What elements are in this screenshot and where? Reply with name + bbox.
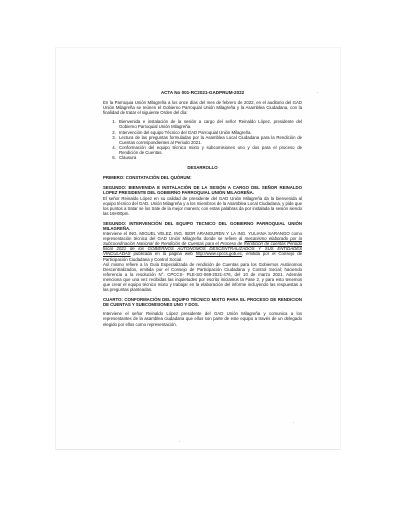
scan-speck: [179, 441, 180, 442]
segundo-bienvenida-heading: SEGUNDO: BIENVENIDA E INSTALACIÓN DE LA …: [103, 185, 302, 195]
agenda-item: Bienvenida e instalación de la sesión a …: [117, 119, 302, 129]
segundo-intervencion-body-2: Así mismo refiere a la Guía Especializad…: [103, 262, 302, 293]
scan-speck: [317, 92, 318, 93]
agenda-list: Bienvenida e instalación de la sesión a …: [103, 119, 302, 160]
agenda-item: Clausura: [117, 155, 302, 160]
primero-heading: PRIMERO: CONSTATACIÓN DEL QUÓRUM:: [103, 175, 302, 180]
intro-paragraph: En la Parroquia Unión Milagreña a los on…: [103, 100, 302, 115]
segundo-intervencion-body: Interviene el ING. MIGUEL VELEZ, ING. IB…: [103, 231, 302, 262]
document-body: ACTA No 001-RC2021-GADPRUM-2022 En la Pa…: [103, 90, 302, 327]
agenda-item: Conformación del equipo técnico mixto y …: [117, 145, 302, 155]
cuarto-body: Interviene el señor Reinaldo López presi…: [103, 311, 302, 326]
segundo-bienvenida-body: El señor Reinaldo López en su calidad de…: [103, 196, 302, 216]
desarrollo-heading: DESARROLLO: [103, 165, 302, 170]
scan-speck: [293, 422, 294, 423]
segundo-intervencion-heading: SEGUNDO: INTERVENCIÓN DEL EQUIPO TECNICO…: [103, 221, 302, 231]
document-title: ACTA No 001-RC2021-GADPRUM-2022: [103, 90, 302, 95]
agenda-item: Lectura de las preguntas formuladas por …: [117, 135, 302, 145]
cpccs-link[interactable]: http://www.cpccs.gob.ec: [196, 251, 242, 256]
cuarto-heading: CUARTO: CONFORMACIÓN DEL EQUIPO TÉCNICO …: [103, 297, 302, 307]
